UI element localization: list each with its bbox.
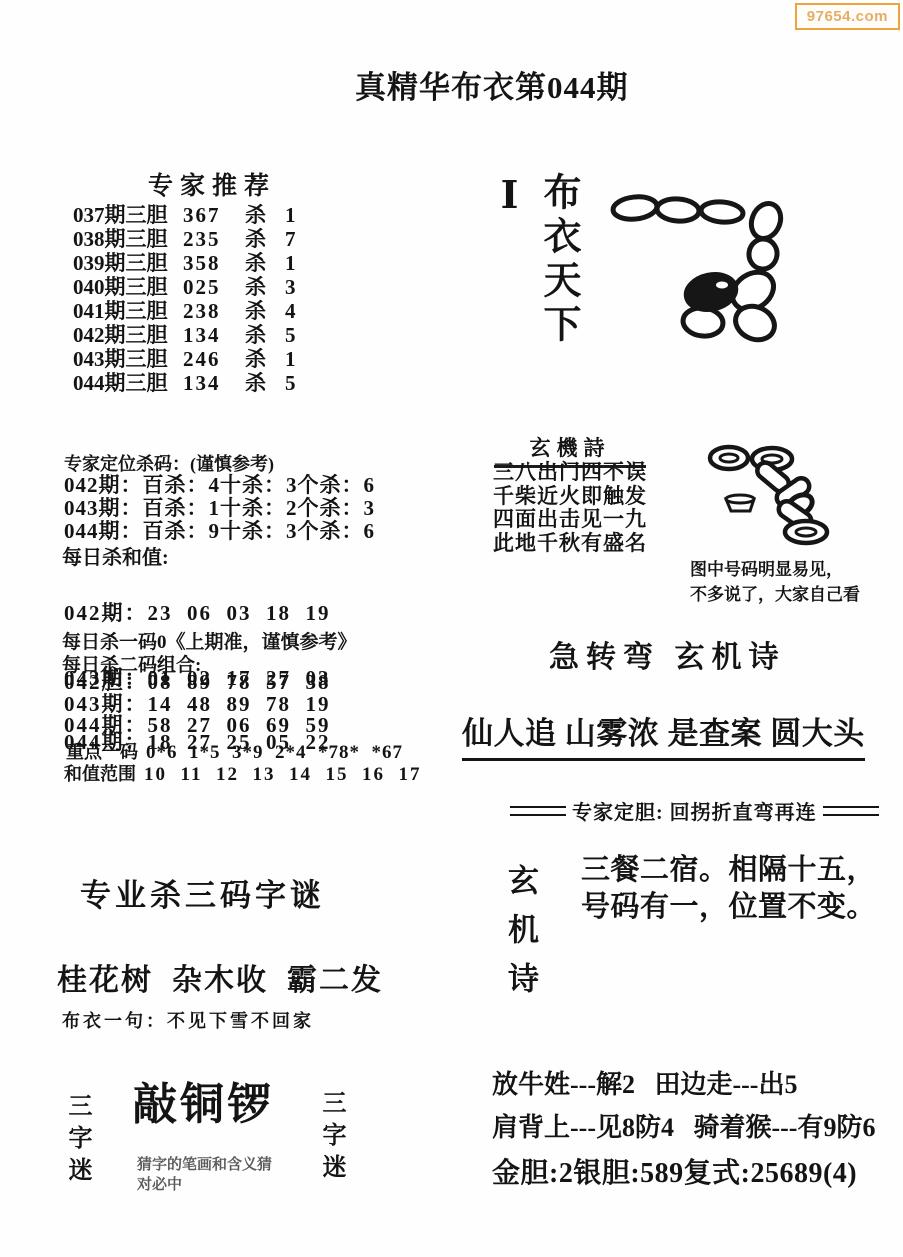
row-code: 025 [183,275,245,299]
sharp-turn-title: 急转弯 玄机诗 [549,632,786,676]
xuanji2-line: 三餐二宿。相隔十五， [581,852,876,889]
key-one-label: 重点一码 [66,742,138,762]
table-row: 037期三胆 367 杀 1 [73,203,305,227]
stones-figure [595,183,815,358]
row-kill-value: 1 [285,347,305,371]
row-period: 042期三胆 [73,323,183,347]
position-kill-rows: 042期：百杀：4十杀：3个杀：6 043期：百杀：1十杀：2个杀：3 044期… [64,474,375,543]
xuanji-poem-line: 三八出门四不误 [493,461,647,485]
daily-kill-two-row: 044期：58 27 06 69 59 [64,715,331,737]
three-char-note: 猜字的笔画和含义猜 对必中 [137,1155,272,1195]
figure-caption-line: 图中号码明显易见， [690,557,860,582]
table-row: 044期三胆 134 杀 5 [73,371,305,395]
bottom-dan-line: 金胆:2银胆:589复式:25689(4) [492,1151,857,1191]
bottom-riddle-line: 肩背上---见8防4 骑着猴---有9防6 [492,1107,875,1144]
row-kill-label: 杀 [245,203,285,227]
row-code: 367 [183,203,245,227]
xuanji2-vertical-title: 玄机诗 [498,864,543,1024]
row-period: 037期三胆 [73,203,183,227]
daily-kill-sum-row: 042期：23 06 03 18 19 [64,603,331,625]
position-kill-row: 042期：百杀：4十杀：3个杀：6 [64,474,375,497]
row-kill-value: 1 [285,251,305,275]
row-kill-value: 1 [285,203,305,227]
xuanji-poem-line: 千柴近火即触发 [493,485,647,509]
row-kill-value: 5 [285,371,305,395]
figure-caption-line: 不多说了，大家自己看 [690,582,860,607]
sum-range-value: 10 11 12 13 14 15 16 17 [144,764,421,785]
row-period: 040期三胆 [73,275,183,299]
figure-caption: 图中号码明显易见， 不多说了，大家自己看 [690,557,860,607]
table-row: 043期三胆 246 杀 1 [73,347,305,371]
ingots-figure [700,442,860,552]
lottery-sheet-page: 97654.com 真精华布衣第044期 专家推荐 037期三胆 367 杀 1… [0,0,903,1257]
daily-kill-two-row: 042胆：08 89 78 57 38 [64,672,331,694]
table-row: 042期三胆 134 杀 5 [73,323,305,347]
row-kill-label: 杀 [245,251,285,275]
bottom-riddle-line: 放牛姓---解2 田边走---出5 [492,1064,797,1101]
row-code: 238 [183,299,245,323]
row-code: 235 [183,227,245,251]
expert-recommend-table: 037期三胆 367 杀 1 038期三胆 235 杀 7 039期三胆 358… [73,203,305,395]
row-code: 246 [183,347,245,371]
expert-dingdan-text: 专家定胆: 回拐折直弯再连 [572,796,817,825]
row-period: 043期三胆 [73,347,183,371]
double-rule-left [510,806,566,816]
double-rule-right [823,806,879,816]
row-kill-label: 杀 [245,371,285,395]
three-char-label-right: 三字迷 [314,1090,349,1200]
page-title: 真精华布衣第044期 [355,62,629,107]
row-kill-value: 5 [285,323,305,347]
table-row: 038期三胆 235 杀 7 [73,227,305,251]
buyi-sentence: 布衣一句：不见下雪不回家 [62,1007,314,1033]
row-kill-label: 杀 [245,275,285,299]
three-char-note-line: 对必中 [137,1175,272,1195]
row-period: 038期三胆 [73,227,183,251]
riddle-title: 专业杀三码字谜 [80,870,325,915]
row-kill-label: 杀 [245,347,285,371]
three-char-note-line: 猜字的笔画和含义猜 [137,1155,272,1175]
row-code: 134 [183,371,245,395]
three-char-riddle-main: 敲铜锣 [133,1068,274,1132]
row-code: 134 [183,323,245,347]
expert-dingdan-line: 专家定胆: 回拐折直弯再连 [510,796,879,825]
xuanji2-line: 号码有一，位置不变。 [581,889,876,926]
three-char-label-left: 三字迷 [60,1093,95,1203]
row-kill-label: 杀 [245,299,285,323]
row-kill-value: 4 [285,299,305,323]
row-period: 044期三胆 [73,371,183,395]
position-kill-row: 044期：百杀：9十杀：3个杀：6 [64,520,375,543]
xuanji-poem-line: 四面出击见一九 [493,508,647,532]
xuanji-poem-line: 此地千秋有盛名 [493,532,647,556]
daily-kill-two-rows: 042胆：08 89 78 57 38 043期：14 48 89 78 19 … [64,672,331,737]
row-kill-value: 3 [285,275,305,299]
row-period: 041期三胆 [73,299,183,323]
row-period: 039期三胆 [73,251,183,275]
daily-kill-two-row: 043期：14 48 89 78 19 [64,694,331,716]
row-code: 358 [183,251,245,275]
sum-range-label: 和值范围 [64,764,136,784]
row-kill-label: 杀 [245,323,285,347]
position-kill-row: 043期：百杀：1十杀：2个杀：3 [64,497,375,520]
xuanji-poem: 三八出门四不误 千柴近火即触发 四面出击见一九 此地千秋有盛名 [493,461,647,555]
row-kill-value: 7 [285,227,305,251]
riddle-words: 桂花树 杂木收 霸二发 [57,955,383,999]
buyi-tianxia-title: 布衣天下Ⅰ [486,172,586,382]
table-row: 041期三胆 238 杀 4 [73,299,305,323]
row-kill-label: 杀 [245,227,285,251]
watermark-badge: 97654.com [795,3,900,30]
xuanji2-poem: 三餐二宿。相隔十五， 号码有一，位置不变。 [581,852,876,926]
sharp-turn-riddle: 仙人追 山雾浓 是查案 圆大头 [462,708,865,761]
table-row: 039期三胆 358 杀 1 [73,251,305,275]
table-row: 040期三胆 025 杀 3 [73,275,305,299]
expert-recommend-title: 专家推荐 [148,166,276,202]
sum-range-line: 和值范围10 11 12 13 14 15 16 17 [64,760,421,786]
